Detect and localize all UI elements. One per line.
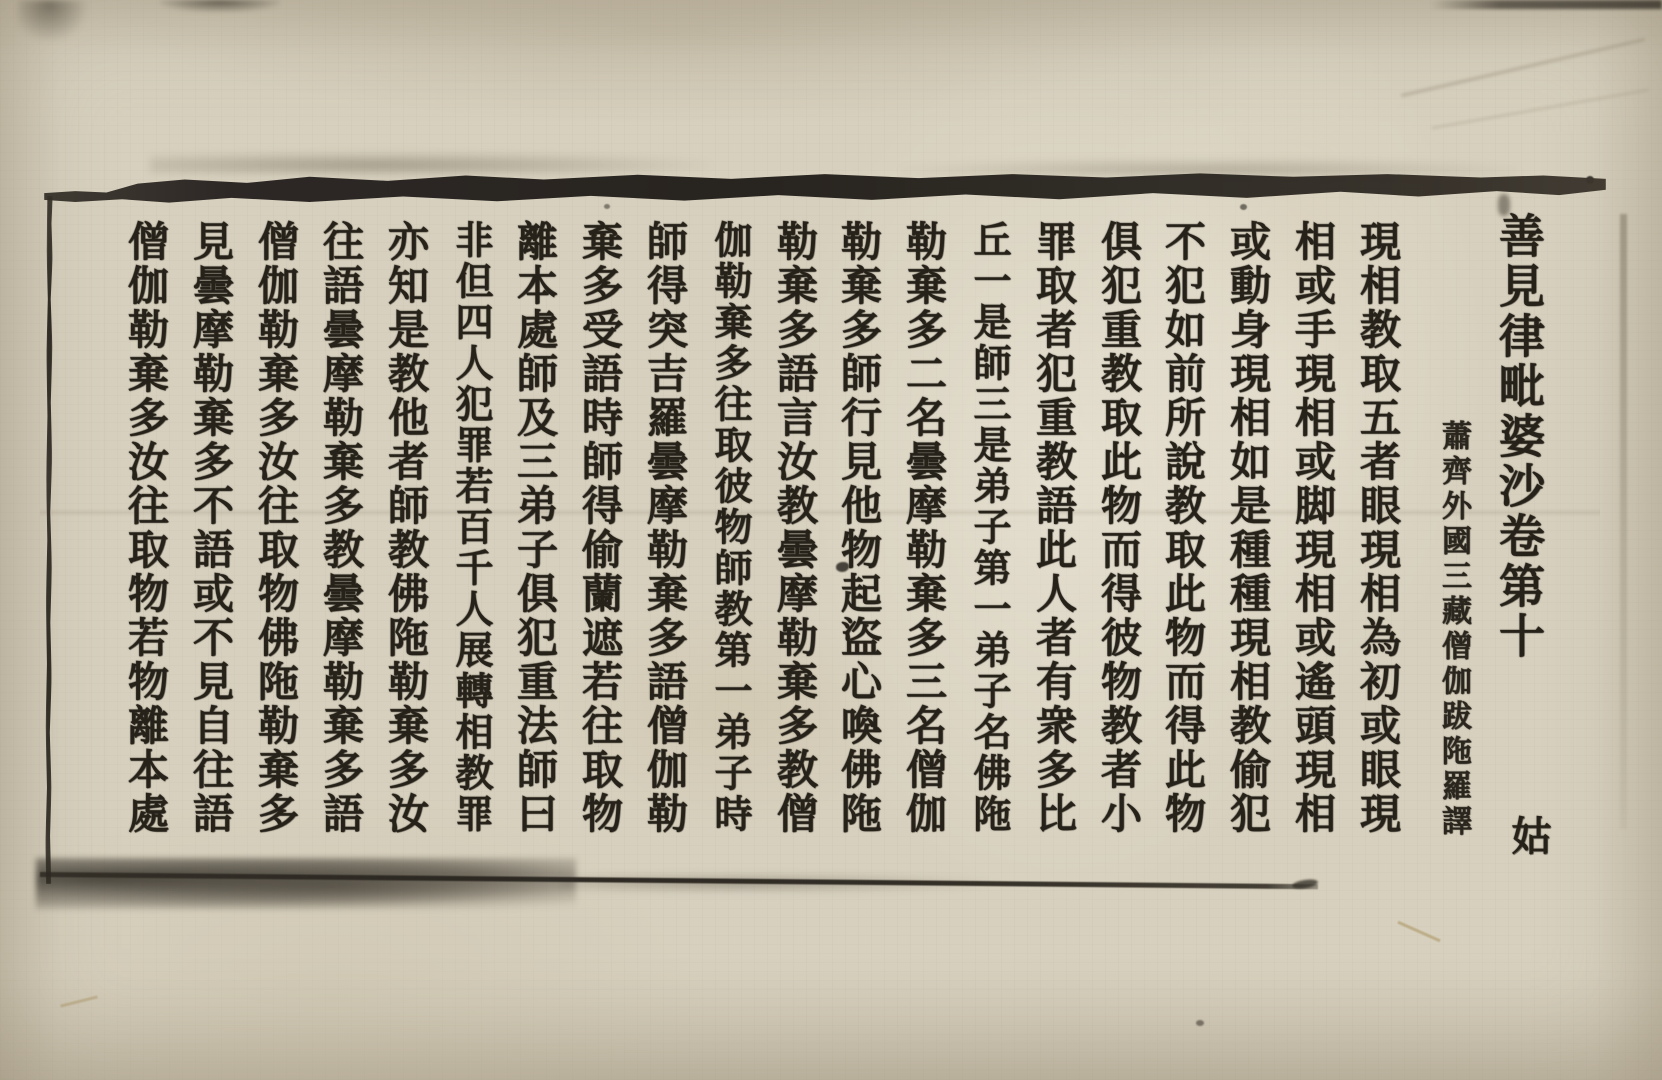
- paper-crease: [1431, 89, 1648, 129]
- manuscript-page: 善見律毗婆沙卷第十 蕭齊外國三藏僧伽跋陁羅譯 姑 現相教取五者眼現相為初或眼現 …: [0, 0, 1662, 1080]
- paper-crease: [1401, 38, 1645, 97]
- text-column: 罪取者犯重教語此人者有衆多比: [1025, 220, 1081, 860]
- text-column: 離本處師及三弟子俱犯重法師曰: [506, 220, 562, 860]
- text-column: 俱犯重教取此物而得彼物教者小: [1090, 220, 1146, 860]
- frame-border-top: [44, 170, 1606, 204]
- text-column: 勒棄多二名曇摩勒棄多三名僧伽: [895, 220, 951, 860]
- frame-border-left: [45, 196, 52, 884]
- text-column: 相或手現相或脚現相或遙頭現相: [1284, 220, 1340, 860]
- translator-byline: 蕭齊外國三藏僧伽跋陁羅譯: [1429, 420, 1477, 860]
- volume-title: 善見律毗婆沙卷第十: [1488, 212, 1548, 692]
- text-column: 師得突吉羅曇摩勒棄多語僧伽勒: [636, 220, 692, 860]
- text-column: 亦知是教他者師教佛陁勒棄多汝: [377, 220, 433, 860]
- text-column: 僧伽勒棄多汝往取物佛陁勒棄多: [247, 220, 303, 860]
- text-column: 見曇摩勒棄多不語或不見自往語: [182, 220, 238, 860]
- text-column: 勒棄多語言汝教曇摩勒棄多教僧: [766, 220, 822, 860]
- text-column: 棄多受語時師得偷蘭遮若往取物: [571, 220, 627, 860]
- frame-border-right: [1620, 214, 1627, 829]
- paper-fiber: [1397, 921, 1440, 942]
- text-column: 伽勒棄多往取彼物師教第一弟子時: [701, 220, 757, 860]
- frame-border-smudge: [36, 858, 576, 910]
- text-column: 往語曇摩勒棄多教曇摩勒棄多語: [312, 220, 368, 860]
- paper-fiber: [60, 995, 98, 1007]
- frame-border-smudge: [150, 152, 710, 174]
- text-column: 現相教取五者眼現相為初或眼現: [1349, 220, 1405, 860]
- ink-speck: [1196, 1020, 1204, 1026]
- text-column: 勒棄多師行見他物起盜心喚佛陁: [830, 220, 886, 860]
- ink-smudge: [1430, 0, 1662, 9]
- ink-speck: [604, 204, 610, 209]
- text-column: 不犯如前所說教取此物而得此物: [1154, 220, 1210, 860]
- text-column: 僧伽勒棄多汝往取物若物離本處: [117, 220, 173, 860]
- frame-border-smudge: [900, 158, 1520, 176]
- text-column: 丘一是師三是弟子第一弟子名佛陁: [960, 220, 1016, 860]
- text-column: 非但四人犯罪若百千人展轉相教罪: [442, 220, 498, 860]
- ink-smudge: [160, 0, 280, 12]
- case-marker: 姑: [1500, 815, 1556, 875]
- text-column: 或動身現相如是種種現相教偷犯: [1219, 220, 1275, 860]
- ink-smudge: [18, 0, 88, 42]
- ink-speck: [1240, 204, 1247, 210]
